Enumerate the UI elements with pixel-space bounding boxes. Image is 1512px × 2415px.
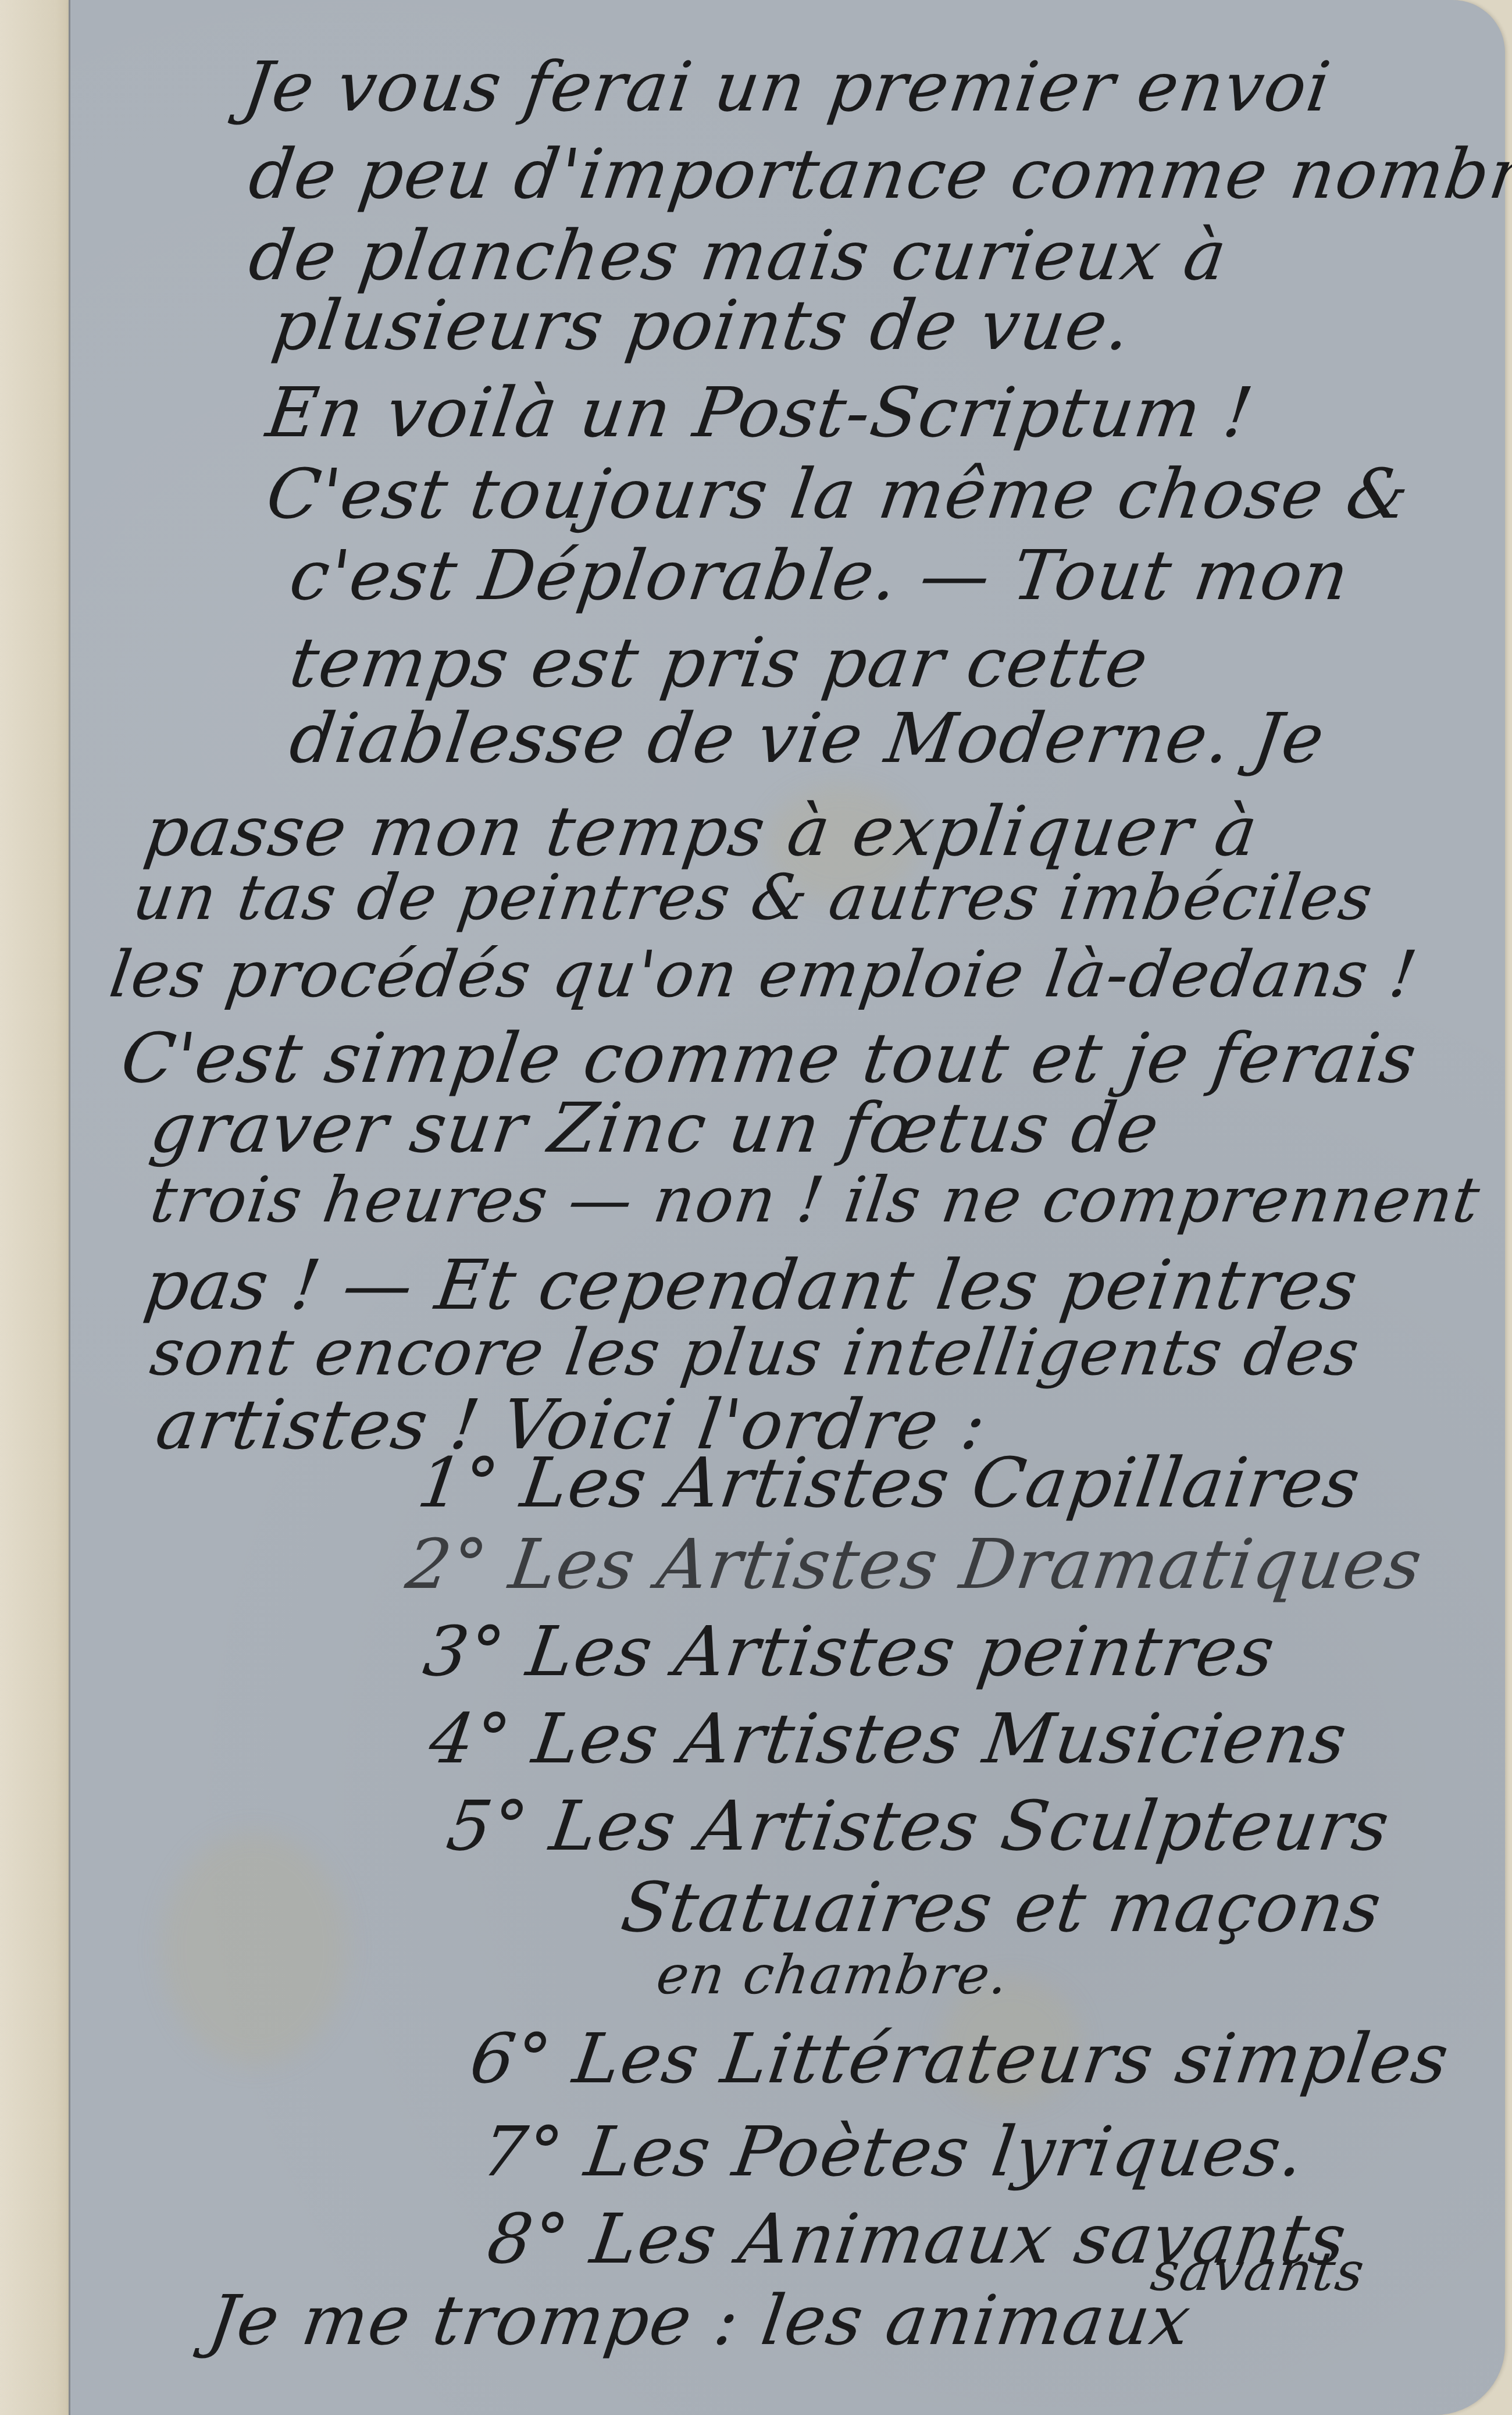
text-line: c'est Déplorable. — Tout mon (286, 541, 1354, 610)
text-line: C'est simple comme tout et je ferais (117, 1024, 1421, 1092)
list-text: Les Artistes Musiciens (528, 1698, 1353, 1779)
text-line: passe mon temps à expliquer à (141, 797, 1263, 865)
list-item: 3° Les Artistes peintres (420, 1617, 1279, 1686)
text-line: un tas de peintres & autres imbéciles (129, 867, 1377, 929)
list-item: 2° Les Artistes Dramatiques (402, 1530, 1427, 1598)
list-number: 2° (401, 1524, 493, 1604)
text-line: les procédés qu'on emploie là-dedans ! (106, 942, 1421, 1006)
text-line: temps est pris par cette (286, 628, 1153, 697)
list-number: 8° (483, 2199, 574, 2279)
text-line: de planches mais curieux à (245, 221, 1232, 290)
text-line: graver sur Zinc un fœtus de (147, 1093, 1164, 1162)
list-item: 4° Les Artistes Musiciens (426, 1704, 1351, 1773)
text-line: C'est toujours la même chose & (263, 460, 1414, 528)
list-text: Les Artistes Capillaires (516, 1442, 1366, 1523)
list-text: Les Artistes Dramatiques (505, 1524, 1428, 1604)
list-item: 5° Les Artistes Sculpteurs (443, 1791, 1395, 1860)
text-line: En voilà un Post-Scriptum ! (263, 378, 1258, 447)
closing-line: Je me trompe : les animaux (205, 2286, 1196, 2355)
text-line: de peu d'importance comme nombre (245, 140, 1512, 208)
list-number: 3° (419, 1611, 510, 1691)
text-line: Je vous ferai un premier envoi (240, 52, 1335, 121)
list-number: 1° (413, 1442, 504, 1523)
list-number: 4° (425, 1698, 516, 1779)
closing-insertion: savants (1148, 2245, 1368, 2299)
list-text: Les Littérateurs simples (569, 2018, 1454, 2099)
list-item: 7° Les Poètes lyriques. (478, 2117, 1309, 2186)
list-continuation: en chambre. (654, 1949, 1012, 2002)
list-text: Les Artistes Sculpteurs (545, 1786, 1395, 1866)
list-text: Les Poètes lyriques. (580, 2111, 1310, 2192)
list-item: 1° Les Artistes Capillaires (414, 1448, 1365, 1517)
text-line: sont encore les plus intelligents des (147, 1320, 1364, 1384)
list-number: 7° (477, 2111, 568, 2192)
list-text: Les Artistes peintres (522, 1611, 1281, 1691)
text-line: trois heures — non ! ils ne comprennent (147, 1169, 1484, 1232)
text-line: plusieurs points de vue. (269, 291, 1136, 359)
list-number: 6° (465, 2018, 557, 2099)
list-item: 6° Les Littérateurs simples (466, 2024, 1454, 2093)
list-number: 5° (442, 1786, 533, 1866)
text-line: pas ! — Et cependant les peintres (141, 1251, 1363, 1319)
list-continuation: Statuaires et maçons (618, 1873, 1386, 1942)
letter-text: Je vous ferai un premier envoi de peu d'… (0, 0, 1512, 2415)
text-line: diablesse de vie Moderne. Je (286, 704, 1329, 772)
